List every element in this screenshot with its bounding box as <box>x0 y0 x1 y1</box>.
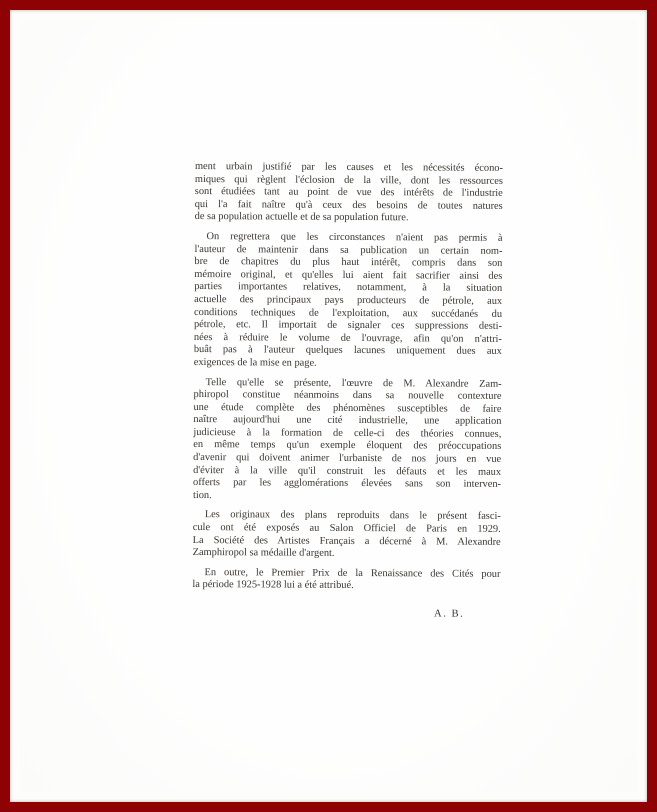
text-line: Zamphiropol sa médaille d'argent. <box>193 547 501 561</box>
paragraph: Telle qu'elle se présente, l'œuvre de M.… <box>193 376 502 504</box>
text-line: actuelle des principaux pays producteurs… <box>194 294 502 308</box>
scan-border-frame: ment urbain justifié par les causes et l… <box>0 0 657 812</box>
text-block: ment urbain justifié par les causes et l… <box>192 161 503 621</box>
text-line: tion. <box>193 490 501 504</box>
text-line: la période 1925-1928 lui a été attribué. <box>192 579 500 593</box>
text-line: exigences de la mise en page. <box>194 357 502 371</box>
text-line: de sa population actuelle et de sa popul… <box>195 211 503 225</box>
author-initials: A. B. <box>192 607 500 621</box>
scanned-page: ment urbain justifié par les causes et l… <box>20 20 637 792</box>
paragraph: ment urbain justifié par les causes et l… <box>195 161 503 226</box>
text-line: offerts par les agglomérations élevées s… <box>193 477 501 491</box>
paragraph: En outre, le Premier Prix de la Renaissa… <box>192 567 500 594</box>
paragraph: On regrettera que les circonstances n'ai… <box>194 231 503 371</box>
paragraph: Les originaux des plans reproduits dans … <box>193 509 501 561</box>
